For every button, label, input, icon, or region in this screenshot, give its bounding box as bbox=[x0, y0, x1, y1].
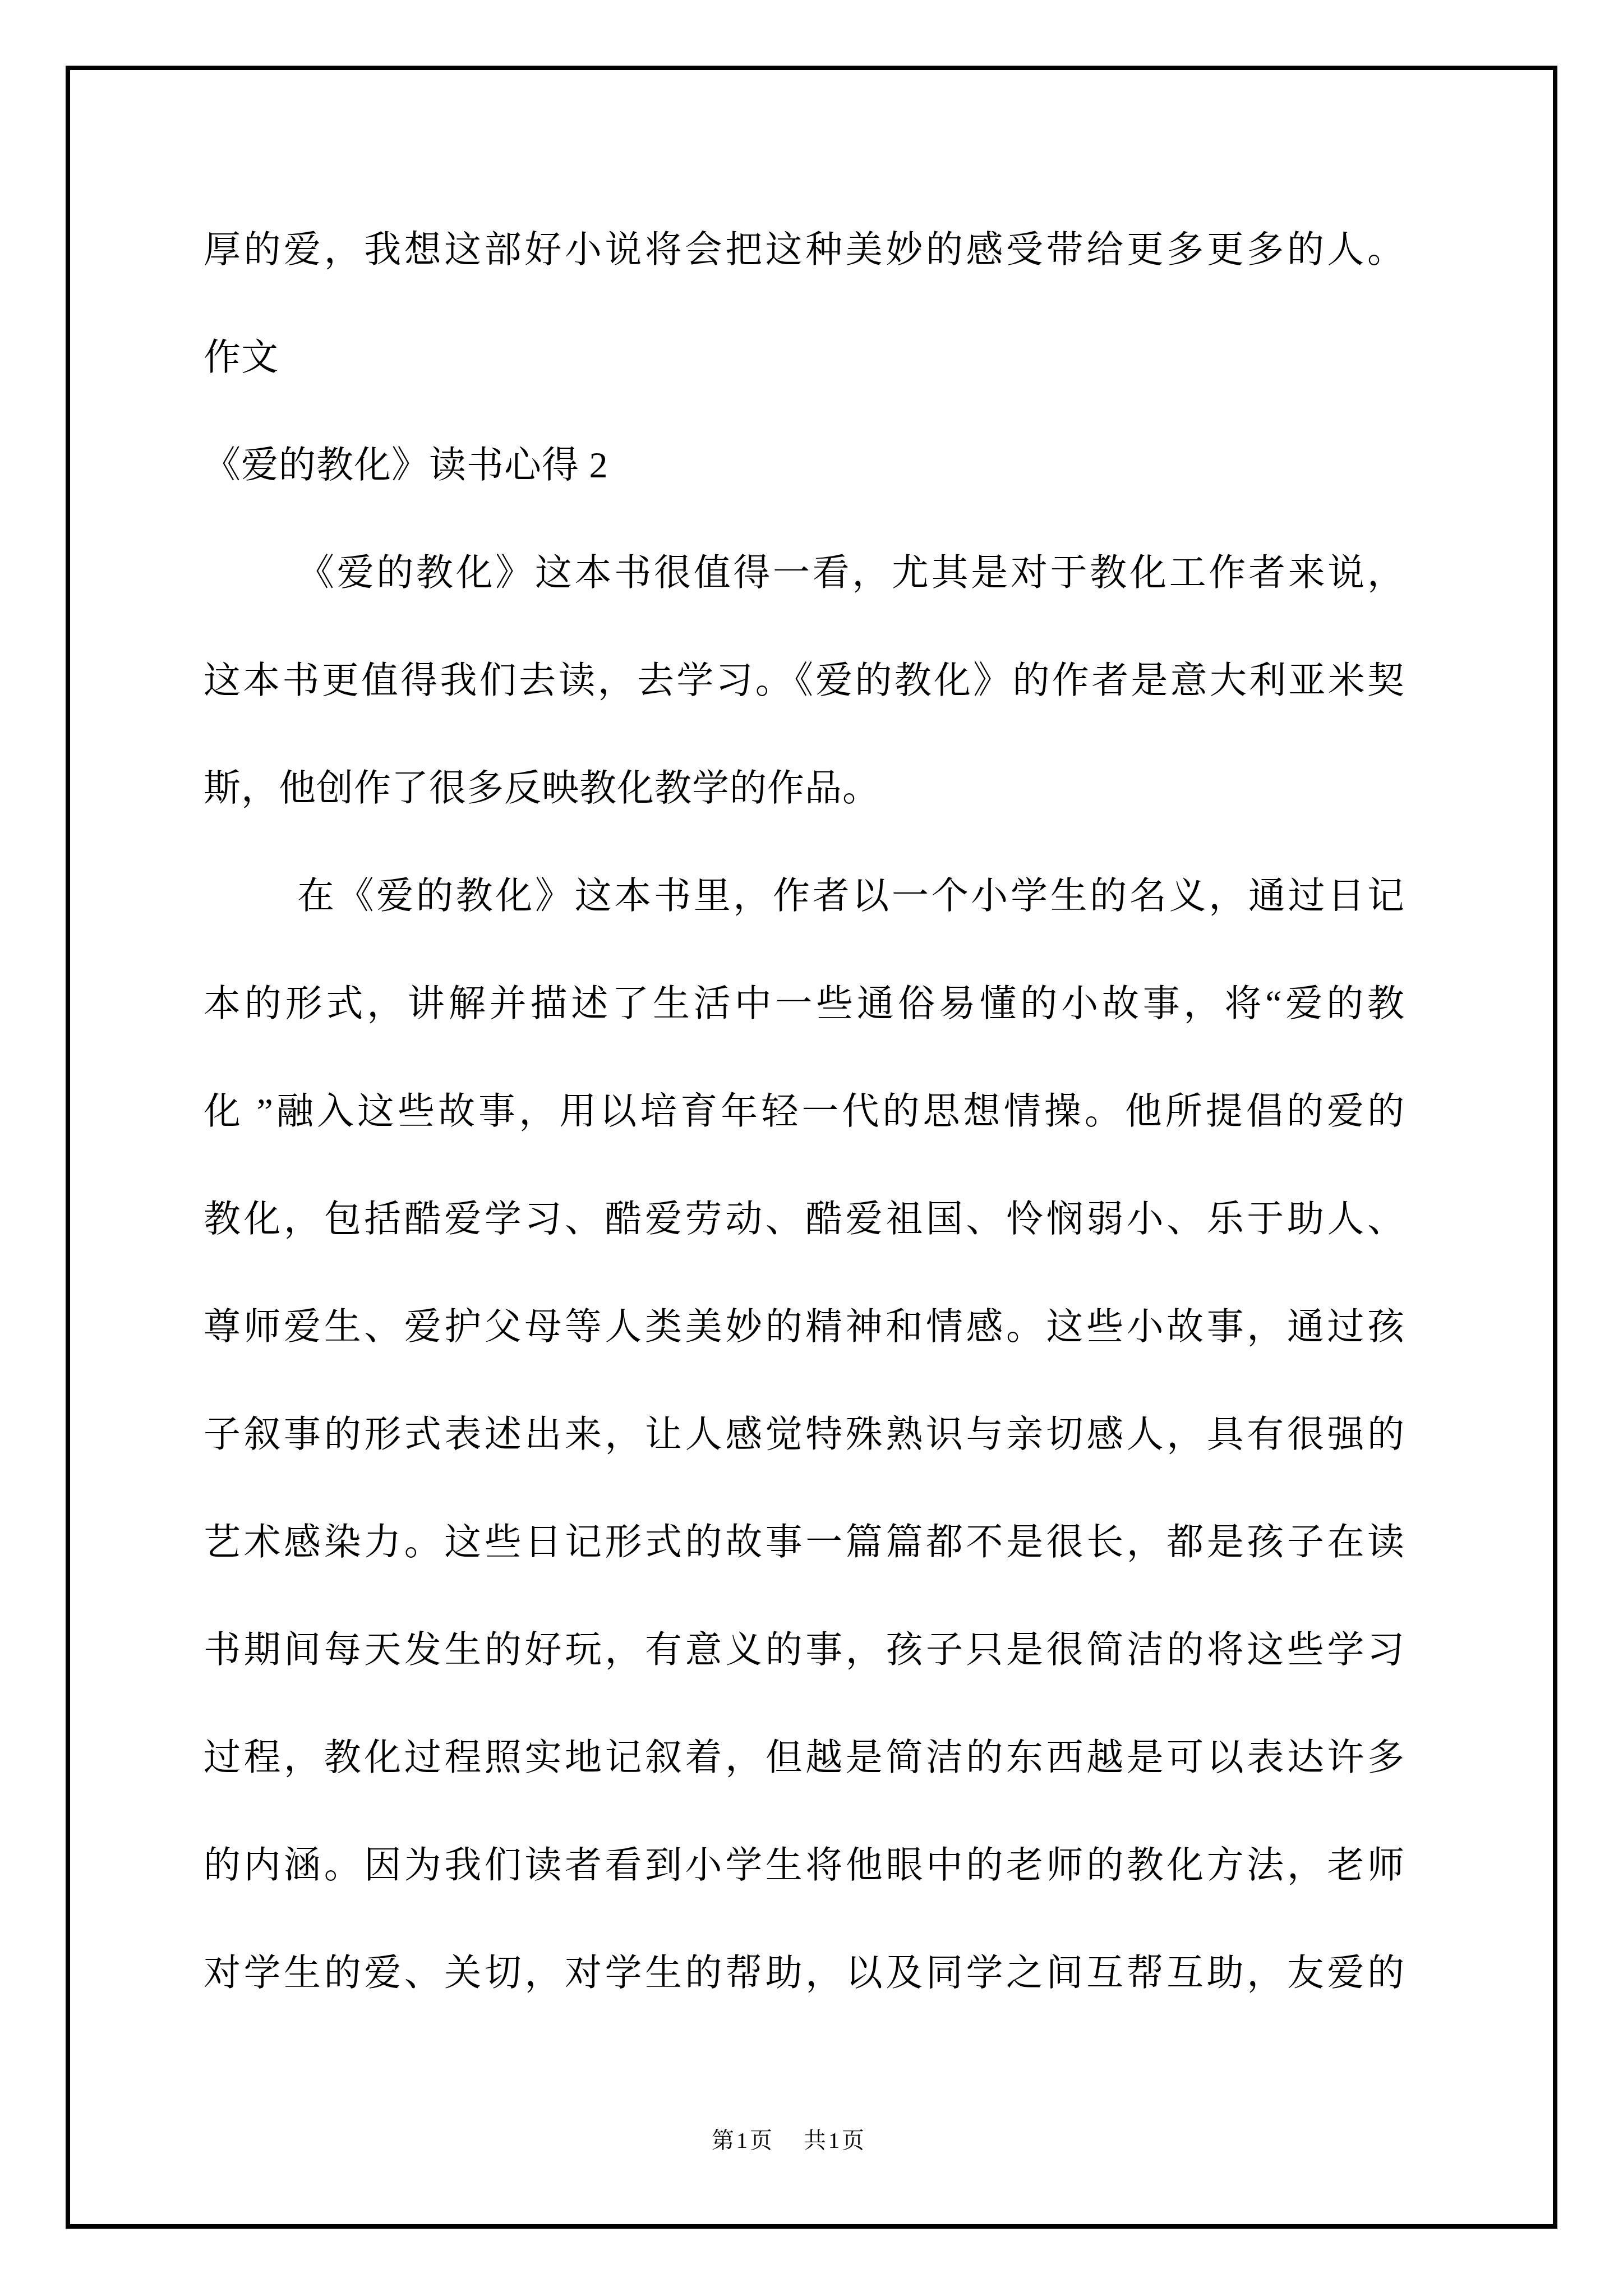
document-text: 厚的爱，我想这部好小说将会把这种美妙的感受带给更多更多的人。 作文 《爱的教化》… bbox=[204, 196, 1405, 2027]
text-line: 《爱的教化》这本书很值得一看，尤其是对于教化工作者来说， bbox=[204, 519, 1405, 627]
text-line: 的内涵。因为我们读者看到小学生将他眼中的老师的教化方法，老师 bbox=[204, 1812, 1405, 1920]
text-line: 过程，教化过程照实地记叙着，但越是简洁的东西越是可以表达许多 bbox=[204, 1704, 1405, 1812]
text-line: 教化，包括酷爱学习、酷爱劳动、酷爱祖国、怜悯弱小、乐于助人、 bbox=[204, 1166, 1405, 1273]
text-line: 尊师爱生、爱护父母等人类美妙的精神和情感。这些小故事，通过孩 bbox=[204, 1273, 1405, 1381]
text-line: 作文 bbox=[204, 304, 1405, 412]
text-line: 厚的爱，我想这部好小说将会把这种美妙的感受带给更多更多的人。 bbox=[204, 196, 1405, 304]
text-line: 在《爱的教化》这本书里，作者以一个小学生的名义，通过日记 bbox=[204, 843, 1405, 950]
text-line: 本的形式，讲解并描述了生活中一些通俗易懂的小故事，将“爱的教 bbox=[204, 950, 1405, 1058]
text-line: 艺术感染力。这些日记形式的故事一篇篇都不是很长，都是孩子在读 bbox=[204, 1489, 1405, 1596]
text-line: 对学生的爱、关切，对学生的帮助，以及同学之间互帮互助，友爱的 bbox=[204, 1920, 1405, 2027]
text-line: 《爱的教化》读书心得 2 bbox=[204, 412, 1405, 519]
footer-page-number: 第1页 bbox=[712, 2128, 774, 2153]
text-line: 书期间每天发生的好玩，有意义的事，孩子只是很简洁的将这些学习 bbox=[204, 1596, 1405, 1704]
text-line: 这本书更值得我们去读，去学习。《爱的教化》的作者是意大利亚米契 bbox=[204, 627, 1405, 735]
text-line: 子叙事的形式表述出来，让人感觉特殊熟识与亲切感人，具有很强的 bbox=[204, 1381, 1405, 1489]
text-line: 斯，他创作了很多反映教化教学的作品。 bbox=[204, 735, 1405, 843]
footer-total-pages: 共1页 bbox=[804, 2128, 866, 2153]
page-footer: 第1页共1页 bbox=[0, 2125, 1623, 2156]
document-page: 厚的爱，我想这部好小说将会把这种美妙的感受带给更多更多的人。 作文 《爱的教化》… bbox=[0, 0, 1623, 2296]
text-line: 化 ”融入这些故事，用以培育年轻一代的思想情操。他所提倡的爱的 bbox=[204, 1058, 1405, 1166]
